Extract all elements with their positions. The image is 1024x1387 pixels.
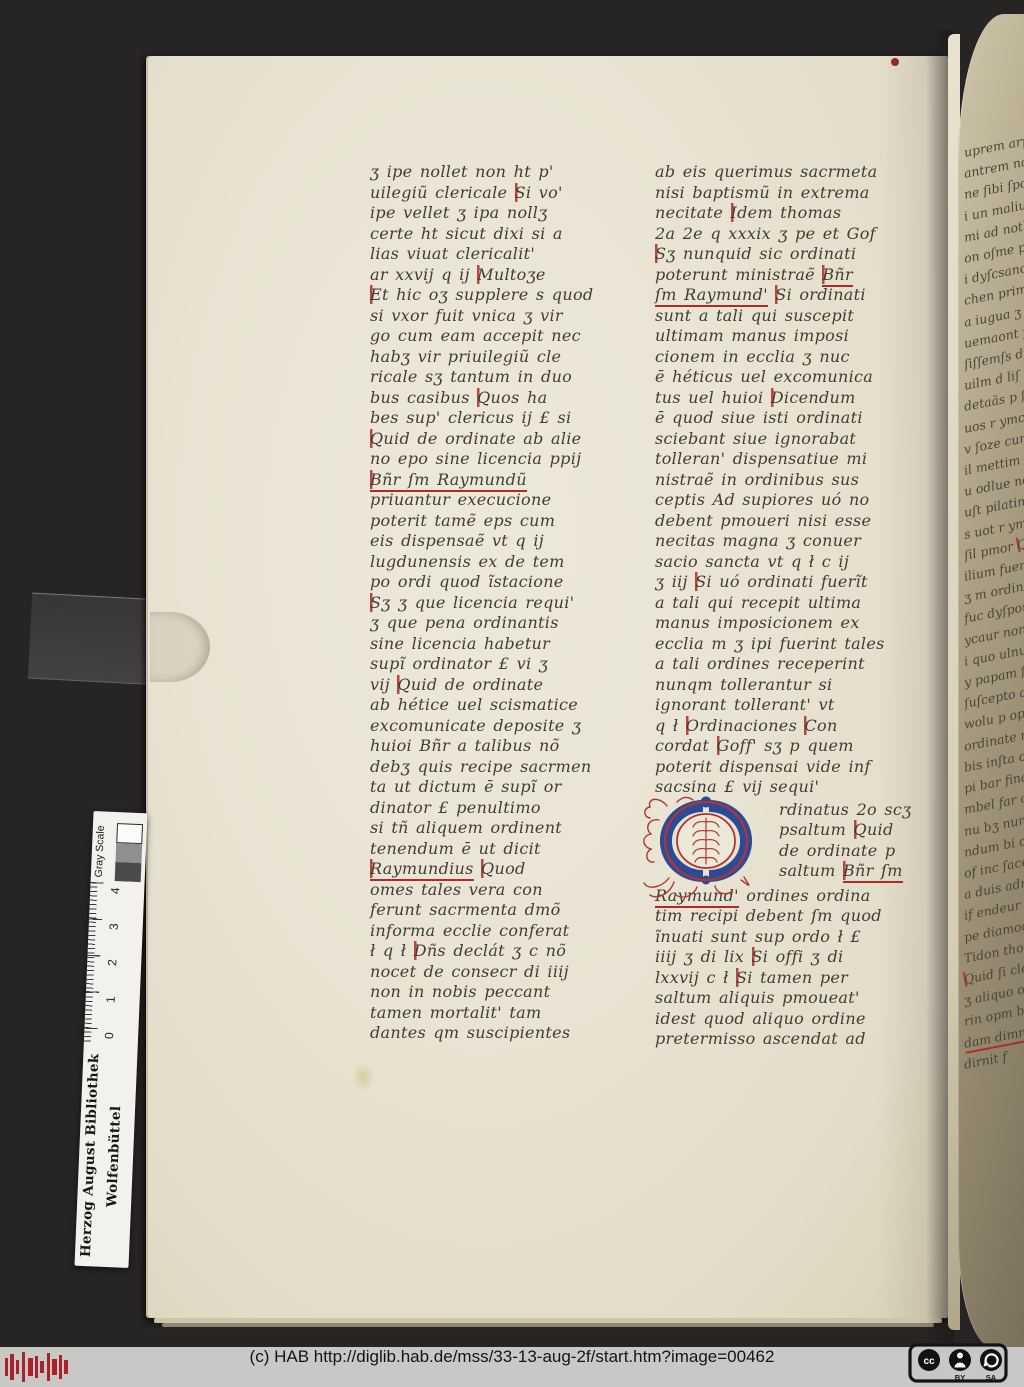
ruler-number: 4 [108,883,123,900]
text-line: nunqm tollerantur si [655,675,941,696]
text-line: ar xxvij q ij Multoʒe [370,265,622,286]
text-line: ignorant tollerant' vt [655,695,941,716]
text-line: bus casibus Quos ha [370,388,622,409]
text-line: Raymundius Quod [370,859,622,880]
text-line: omes tales vera con [370,880,622,901]
text-line: informa ecclie conferat [370,921,622,942]
text-line: go cum eam accepit nec [370,326,622,347]
text-line: de ordinate p [779,841,941,862]
text-line: vij Quid de ordinate [370,675,622,696]
manuscript-page: ʒ ipe nollet non ht p'uilegiũ clericale … [148,56,948,1318]
text-line: q ł Ordinaciones Con [655,716,941,737]
text-line: ʒ que pena ordinantis [370,613,622,634]
text-line: priuantur execucione [370,490,622,511]
text-line: uilegiũ clericale Si vo' [370,183,622,204]
text-line: ʒ iij Si uó ordinati fuerĩt [655,572,941,593]
text-beside-initial: rdinatus 2o scʒpsaltum Quidde ordinate p… [779,800,941,882]
text-line: cordat Goff' sʒ p quem [655,736,941,757]
text-line: debent pmoueri nisi esse [655,511,941,532]
color-calibration-marks [4,1350,76,1384]
text-line: ł q ł Dñs declát ʒ c nõ [370,941,622,962]
text-line: Bñr ſm Raymundũ [370,470,622,491]
svg-text:SA: SA [986,1373,997,1382]
text-line: ricale sʒ tantum in duo [370,367,622,388]
ruler-number: 3 [106,919,121,936]
text-line: psaltum Quid [779,820,941,841]
text-line: cionem in ecclia ʒ nuc [655,347,941,368]
text-line: sunt a tali qui suscepit [655,306,941,327]
text-line: nisi baptismũ in extrema [655,183,941,204]
parchment-stain [352,1062,374,1092]
text-line: debʒ quis recipe sacrmen [370,757,622,778]
text-line: a tali qui recepit ultima [655,593,941,614]
text-line: ĩnuati sunt sup ordo ł £ [655,927,941,948]
red-ink-dot [891,58,899,66]
facing-page-edge: uprem arpitantrem nomone ſibi ſpomi un m… [958,14,1024,1348]
ruler-number: 0 [102,1028,117,1045]
text-line: ceptis Ad supiores uó no [655,490,941,511]
text-column-left: ʒ ipe nollet non ht p'uilegiũ clericale … [370,162,622,1044]
text-line: ultimam manus imposi [655,326,941,347]
text-line: ecclia m ʒ ipi fuerint tales [655,634,941,655]
text-line: saltum aliquis pmoueat' [655,988,941,1009]
text-line: rdinatus 2o scʒ [779,800,941,821]
text-line: a tali ordines receperint [655,654,941,675]
text-line: tenendum ē ut dicit [370,839,622,860]
text-column-right: ab eis querimus sacrmetanisi baptismũ in… [655,162,941,1050]
text-line: po ordi quod ĩstacione [370,572,622,593]
text-line: pretermisso ascendat ad [655,1029,941,1050]
gray-patch-dark [115,862,142,882]
text-line: tamen mortalit' tam [370,1003,622,1024]
text-line: lxxvij c ł Si tamen per [655,968,941,989]
text-line: dinator £ penultimo [370,798,622,819]
text-line: tim recipi debent ſm quod [655,906,941,927]
cc-by-person-icon [949,1349,971,1371]
text-line: eis dispensaẽ vt q ij [370,531,622,552]
text-line: ē héticus uel excomunica [655,367,941,388]
text-line: poterunt ministraẽ Bñr [655,265,941,286]
text-line: ferunt sacrmenta dmõ [370,900,622,921]
text-line: ʒ ipe nollet non ht p' [370,162,622,183]
illuminated-initial-block: rdinatus 2o scʒpsaltum Quidde ordinate p… [655,800,941,886]
text-line: non in nobis peccant [370,982,622,1003]
ruler-number: 1 [103,992,118,1009]
text-line: tus uel huioi Dicendum [655,388,941,409]
text-line: ē quod siue isti ordinati [655,408,941,429]
gray-patch-white [116,823,143,844]
copyright-url-text[interactable]: (c) HAB http://diglib.hab.de/mss/33-13-a… [0,1347,1024,1387]
text-line: nistraẽ in ordinibus sus [655,470,941,491]
text-line: certe ht sicut dixi si a [370,224,622,245]
svg-text:BY: BY [955,1373,965,1382]
text-line: Sʒ nunquid sic ordinati [655,244,941,265]
page-stack-edge [162,1323,934,1327]
gray-scale-label: Gray Scale [92,813,111,890]
text-line: idest quod aliquo ordine [655,1009,941,1030]
text-line: Et hic oʒ supplere s quod [370,285,622,306]
text-line: si tñ aliquem ordinent [370,818,622,839]
text-line: si vxor fuit vnica ʒ vir [370,306,622,327]
text-line: 2a 2e q xxxix ʒ pe et Gof [655,224,941,245]
text-line: poterit tamẽ eps cum [370,511,622,532]
facing-page-text: uprem arpitantrem nomone ſibi ſpomi un m… [964,142,1024,1075]
text-line: tolleran' dispensatiue mi [655,449,941,470]
text-line: necitas magna ʒ conuer [655,531,941,552]
text-line: bes sup' clericus ij £ si [370,408,622,429]
text-line: necitate Idem thomas [655,203,941,224]
text-line: saltum Bñr ſm [779,861,941,882]
text-line: ta ut dictum ē supĩ or [370,777,622,798]
text-line: ab eis querimus sacrmeta [655,162,941,183]
svg-text:cc: cc [923,1356,935,1367]
ruler-ticks-major [84,882,104,1042]
text-line: supĩ ordinator £ vi ʒ [370,654,622,675]
text-line: manus imposicionem ex [655,613,941,634]
page-holder-strip [28,593,164,686]
grayscale-reference-card: Gray Scale 4 3 2 1 0 Herzog August Bibli… [74,811,147,1268]
illuminated-initial-O-icon [637,790,775,902]
text-line: no epo sine licencia ppij [370,449,622,470]
text-line: sacio sancta vt q ł c ij [655,552,941,573]
creative-commons-badge[interactable]: cc BY SA [908,1343,1008,1385]
text-line: nocet de consecr di iiij [370,962,622,983]
text-line: Quid de ordinate ab alie [370,429,622,450]
text-line: habʒ vir priuilegiũ cle [370,347,622,368]
text-line: ſm Raymund' Si ordinati [655,285,941,306]
gray-patch-mid [115,843,142,863]
text-line: ipe vellet ʒ ipa nollʒ [370,203,622,224]
text-line: Sʒ ʒ que licencia requi' [370,593,622,614]
text-column-right-top: ab eis querimus sacrmetanisi baptismũ in… [655,162,941,798]
text-line: poterit dispensai vide inf [655,757,941,778]
ruler-number: 2 [105,955,120,972]
text-line: iiij ʒ di lix Si offi ʒ di [655,947,941,968]
text-line: sciebant siue ignorabat [655,429,941,450]
text-line: huioi Bñr a talibus nõ [370,736,622,757]
text-line: excomunicate deposite ʒ [370,716,622,737]
text-line: lias viuat clericalit' [370,244,622,265]
digitized-manuscript-photo: ʒ ipe nollet non ht p'uilegiũ clericale … [0,0,1024,1387]
text-line: lugdunensis ex de tem [370,552,622,573]
text-line: dantes qm suscipientes [370,1023,622,1044]
text-column-right-bottom: Raymund' ordines ordinatim recipi debent… [655,886,941,1050]
text-line: sine licencia habetur [370,634,622,655]
text-line: ab hétice uel scismatice [370,695,622,716]
